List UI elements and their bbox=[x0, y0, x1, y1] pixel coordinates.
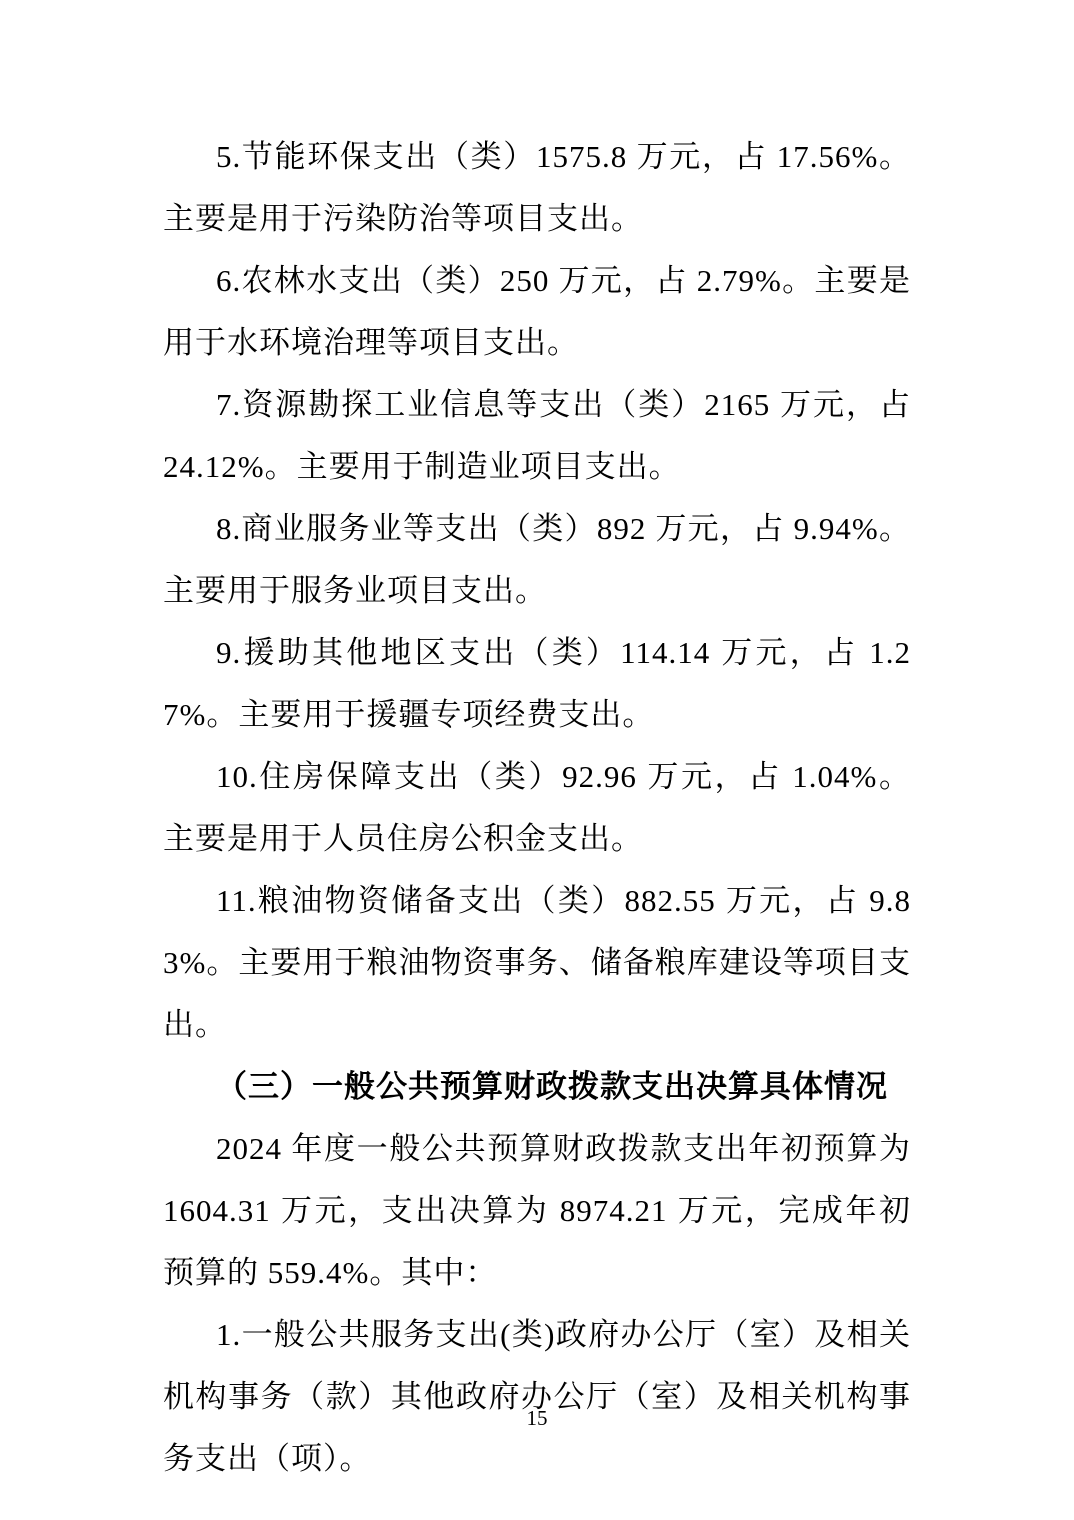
paragraph-expense-9: 9.援助其他地区支出（类）114.14 万元，占 1.27%。主要用于援疆专项经… bbox=[163, 622, 911, 746]
page-number: 15 bbox=[0, 1402, 1074, 1434]
document-body: 5.节能环保支出（类）1575.8 万元，占 17.56%。主要是用于污染防治等… bbox=[163, 126, 911, 1490]
section-heading: （三）一般公共预算财政拨款支出决算具体情况 bbox=[163, 1056, 911, 1118]
paragraph-expense-6: 6.农林水支出（类）250 万元，占 2.79%。主要是用于水环境治理等项目支出… bbox=[163, 250, 911, 374]
paragraph-expense-7: 7.资源勘探工业信息等支出（类）2165 万元，占 24.12%。主要用于制造业… bbox=[163, 374, 911, 498]
paragraph-expense-8: 8.商业服务业等支出（类）892 万元，占 9.94%。主要用于服务业项目支出。 bbox=[163, 498, 911, 622]
paragraph-expense-10: 10.住房保障支出（类）92.96 万元，占 1.04%。主要是用于人员住房公积… bbox=[163, 746, 911, 870]
paragraph-expense-11: 11.粮油物资储备支出（类）882.55 万元，占 9.83%。主要用于粮油物资… bbox=[163, 870, 911, 1056]
paragraph-expense-5: 5.节能环保支出（类）1575.8 万元，占 17.56%。主要是用于污染防治等… bbox=[163, 126, 911, 250]
document-page: 5.节能环保支出（类）1575.8 万元，占 17.56%。主要是用于污染防治等… bbox=[0, 0, 1074, 1520]
paragraph-budget-summary: 2024 年度一般公共预算财政拨款支出年初预算为 1604.31 万元，支出决算… bbox=[163, 1118, 911, 1304]
paragraph-expense-1-general-public: 1.一般公共服务支出(类)政府办公厅（室）及相关机构事务（款）其他政府办公厅（室… bbox=[163, 1304, 911, 1490]
